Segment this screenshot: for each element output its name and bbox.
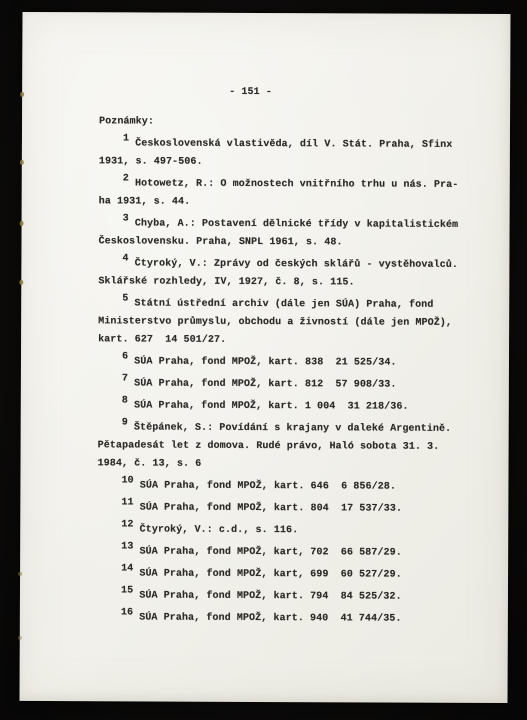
footnote-4: 4 Čtyroký, V.: Zprávy od českých sklářů … xyxy=(98,255,470,293)
binding-stitch xyxy=(18,572,22,576)
binding-stitch xyxy=(20,221,24,226)
footnote-number: 13 xyxy=(121,541,133,552)
footnote-line: 14 SÚA Praha, fond MPOŽ, kart, 699 60 52… xyxy=(97,565,469,585)
footnote-line: 15 SÚA Praha, fond MPOŽ, kart. 794 84 52… xyxy=(97,587,469,607)
footnote-9: 9 Štěpánek, S.: Povídání s krajany v dal… xyxy=(97,419,469,475)
footnote-line: kart. 627 14 501/27. xyxy=(98,331,470,351)
footnote-line: 1 Československá vlastivěda, díl V. Stát… xyxy=(99,135,471,155)
footnote-line: Ministerstvo průmyslu, obchodu a živnost… xyxy=(98,313,470,333)
footnote-line: 12 Čtyroký, V.: c.d., s. 116. xyxy=(97,521,469,541)
footnote-list: 1 Československá vlastivěda, díl V. Stát… xyxy=(97,135,471,629)
footnote-number: 15 xyxy=(121,585,133,596)
footnote-2: 2 Hotowetz, R.: O možnostech vnitřního t… xyxy=(99,175,471,213)
binding-stitch xyxy=(20,160,24,165)
footnote-number: 4 xyxy=(122,253,128,264)
footnote-line: 3 Chyba, A.: Postavení dělnické třídy v … xyxy=(99,215,471,235)
footnote-line: 1931, s. 497-506. xyxy=(99,153,471,173)
notes-heading: Poznámky: xyxy=(99,113,471,133)
footnote-1: 1 Československá vlastivěda, díl V. Stát… xyxy=(99,135,471,173)
footnote-13: 13 SÚA Praha, fond MPOŽ, kart, 702 66 58… xyxy=(97,543,469,563)
footnote-line: 11 SÚA Praha, fond MPOŽ, kart. 804 17 53… xyxy=(97,499,469,519)
page-number: - 151 - xyxy=(99,83,471,103)
footnote-number: 3 xyxy=(123,213,129,224)
footnote-line: ha 1931, s. 44. xyxy=(99,193,471,213)
footnote-15: 15 SÚA Praha, fond MPOŽ, kart. 794 84 52… xyxy=(97,587,469,607)
footnote-number: 8 xyxy=(122,395,128,406)
footnote-line: 1984, č. 13, s. 6 xyxy=(97,455,469,475)
footnote-number: 9 xyxy=(122,417,128,428)
footnote-14: 14 SÚA Praha, fond MPOŽ, kart, 699 60 52… xyxy=(97,565,469,585)
footnote-line: Sklářské rozhledy, IV, 1927, č. 8, s. 11… xyxy=(98,273,470,293)
footnote-line: 2 Hotowetz, R.: O možnostech vnitřního t… xyxy=(99,175,471,195)
footnote-line: 7 SÚA Praha, fond MPOŽ, kart. 812 57 908… xyxy=(98,375,470,395)
footnote-8: 8 SÚA Praha, fond MPOŽ, kart. 1 004 31 2… xyxy=(98,397,470,417)
footnote-10: 10 SÚA Praha, fond MPOŽ, kart. 646 6 856… xyxy=(97,477,469,497)
binding-stitch xyxy=(19,280,23,285)
footnote-line: 13 SÚA Praha, fond MPOŽ, kart, 702 66 58… xyxy=(97,543,469,563)
footnote-line: 4 Čtyroký, V.: Zprávy od českých sklářů … xyxy=(98,255,470,275)
footnote-line: 10 SÚA Praha, fond MPOŽ, kart. 646 6 856… xyxy=(97,477,469,497)
footnote-number: 14 xyxy=(121,563,133,574)
footnote-line: 16 SÚA Praha, fond MPOŽ, kart. 940 41 74… xyxy=(97,609,469,629)
typewritten-content: - 151 - Poznámky: 1 Československá vlast… xyxy=(97,83,471,629)
footnote-line: 5 Státní ústřední archiv (dále jen SÚA) … xyxy=(98,295,470,315)
footnote-number: 1 xyxy=(123,133,129,144)
footnote-16: 16 SÚA Praha, fond MPOŽ, kart. 940 41 74… xyxy=(97,609,469,629)
footnote-number: 2 xyxy=(123,173,129,184)
binding-stitch xyxy=(20,92,24,97)
footnote-number: 5 xyxy=(122,293,128,304)
footnote-line: 8 SÚA Praha, fond MPOŽ, kart. 1 004 31 2… xyxy=(98,397,470,417)
footnote-number: 7 xyxy=(122,373,128,384)
footnote-number: 10 xyxy=(121,475,133,486)
footnote-number: 11 xyxy=(121,497,133,508)
photo-background: - 151 - Poznámky: 1 Československá vlast… xyxy=(0,0,527,720)
binding-stitch xyxy=(18,636,22,640)
document-page: - 151 - Poznámky: 1 Československá vlast… xyxy=(19,12,510,703)
footnote-line: 6 SÚA Praha, fond MPOŽ, kart. 838 21 525… xyxy=(98,353,470,373)
footnote-number: 12 xyxy=(121,519,133,530)
footnote-number: 16 xyxy=(121,607,133,618)
footnote-3: 3 Chyba, A.: Postavení dělnické třídy v … xyxy=(98,215,470,253)
footnote-5: 5 Státní ústřední archiv (dále jen SÚA) … xyxy=(98,295,470,351)
footnote-number: 6 xyxy=(122,351,128,362)
footnote-line: Československu. Praha, SNPL 1961, s. 48. xyxy=(98,233,470,253)
footnote-line: 9 Štěpánek, S.: Povídání s krajany v dal… xyxy=(98,419,470,439)
footnote-7: 7 SÚA Praha, fond MPOŽ, kart. 812 57 908… xyxy=(98,375,470,395)
footnote-line: Pětapadesát let z domova. Rudé právo, Ha… xyxy=(98,437,470,457)
footnote-11: 11 SÚA Praha, fond MPOŽ, kart. 804 17 53… xyxy=(97,499,469,519)
footnote-6: 6 SÚA Praha, fond MPOŽ, kart. 838 21 525… xyxy=(98,353,470,373)
footnote-12: 12 Čtyroký, V.: c.d., s. 116. xyxy=(97,521,469,541)
